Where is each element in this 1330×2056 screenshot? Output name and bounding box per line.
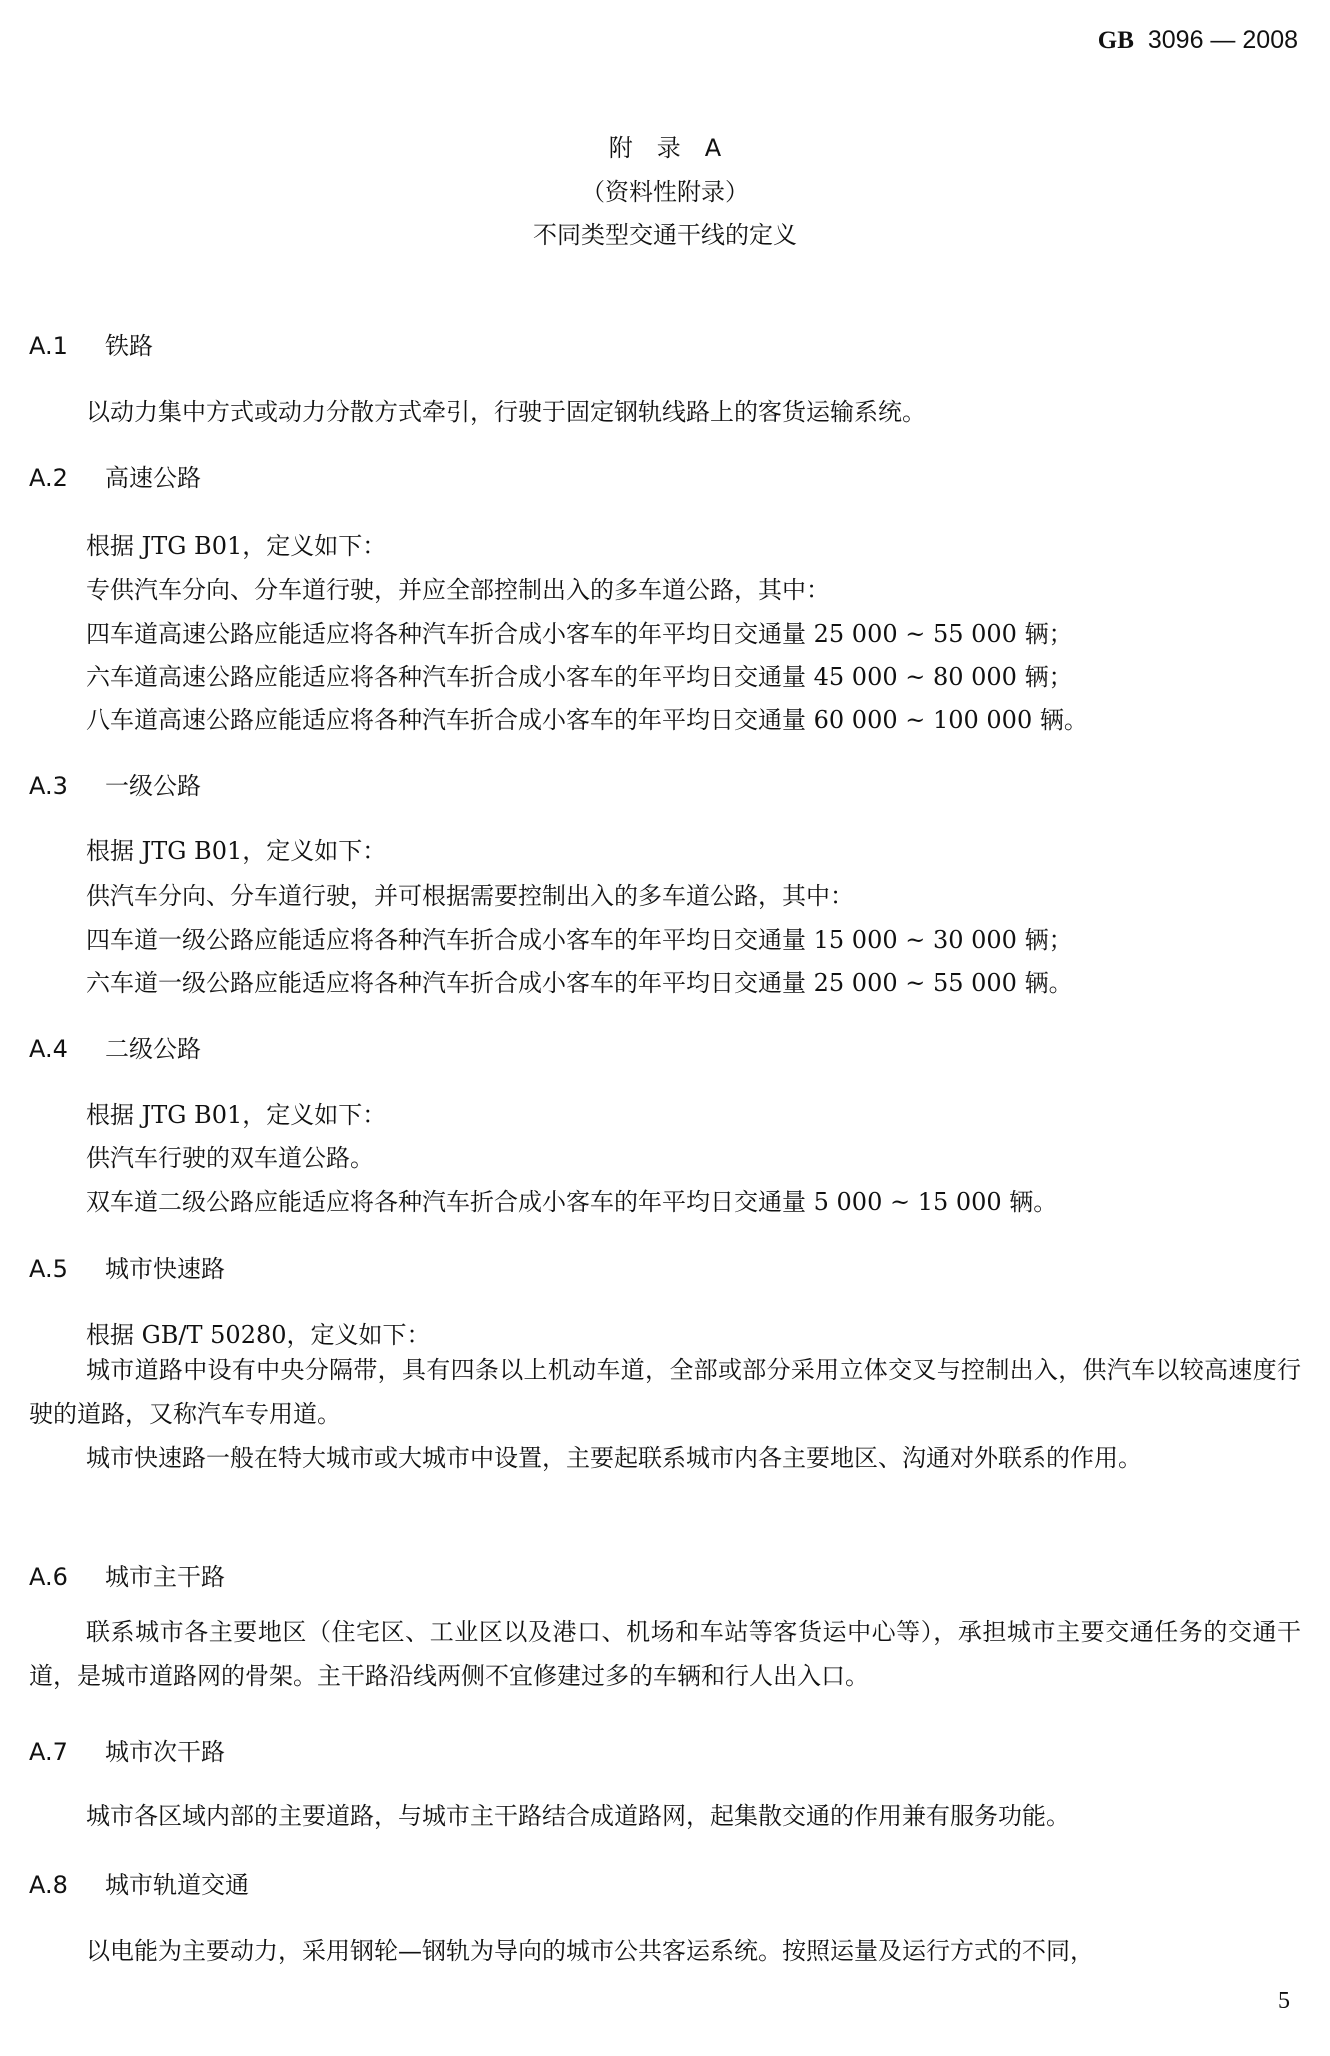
paragraph: 城市快速路一般在特大城市或大城市中设置，主要起联系城市内各主要地区、沟通对外联系…: [29, 1436, 1301, 1480]
paragraph: 以电能为主要动力，采用钢轮—钢轨为导向的城市公共客运系统。按照运量及运行方式的不…: [86, 1931, 1094, 1966]
standard-code: 3096 — 2008: [1148, 26, 1298, 54]
section-heading-a7: A.7城市次干路: [29, 1732, 225, 1767]
section-title: 铁路: [105, 332, 153, 360]
section-number: A.2: [29, 464, 105, 492]
paragraph: 联系城市各主要地区（住宅区、工业区以及港口、机场和车站等客货运中心等），承担城市…: [29, 1610, 1301, 1698]
section-title: 高速公路: [105, 464, 201, 492]
appendix-title: 附 录 A: [0, 128, 1330, 163]
standard-prefix: GB: [1098, 27, 1134, 54]
section-heading-a2: A.2高速公路: [29, 458, 201, 493]
paragraph: 六车道一级公路应能适应将各种汽车折合成小客车的年平均日交通量 25 000 ~ …: [86, 963, 1073, 998]
page-number: 5: [1278, 1988, 1290, 2015]
section-title: 城市次干路: [105, 1738, 225, 1766]
paragraph: 根据 GB/T 50280，定义如下：: [86, 1315, 431, 1350]
section-heading-a5: A.5城市快速路: [29, 1249, 225, 1284]
section-heading-a3: A.3一级公路: [29, 766, 201, 801]
paragraph: 四车道一级公路应能适应将各种汽车折合成小客车的年平均日交通量 15 000 ~ …: [86, 920, 1073, 955]
section-heading-a8: A.8城市轨道交通: [29, 1865, 249, 1900]
appendix-heading: 不同类型交通干线的定义: [0, 215, 1330, 250]
section-title: 城市主干路: [105, 1563, 225, 1591]
section-number: A.6: [29, 1563, 105, 1591]
appendix-subtitle: （资料性附录）: [0, 172, 1330, 207]
paragraph: 根据 JTG B01，定义如下：: [86, 526, 386, 561]
section-number: A.4: [29, 1035, 105, 1063]
paragraph: 根据 JTG B01，定义如下：: [86, 831, 386, 866]
section-title: 一级公路: [105, 772, 201, 800]
paragraph: 八车道高速公路应能适应将各种汽车折合成小客车的年平均日交通量 60 000 ~ …: [86, 700, 1088, 735]
section-number: A.5: [29, 1255, 105, 1283]
section-number: A.3: [29, 772, 105, 800]
paragraph: 供汽车行驶的双车道公路。: [86, 1138, 374, 1173]
paragraph: 城市道路中设有中央分隔带，具有四条以上机动车道，全部或部分采用立体交叉与控制出入…: [29, 1348, 1301, 1436]
paragraph: 双车道二级公路应能适应将各种汽车折合成小客车的年平均日交通量 5 000 ~ 1…: [86, 1182, 1057, 1217]
paragraph: 专供汽车分向、分车道行驶，并应全部控制出入的多车道公路，其中：: [86, 570, 830, 605]
paragraph: 四车道高速公路应能适应将各种汽车折合成小客车的年平均日交通量 25 000 ~ …: [86, 614, 1073, 649]
paragraph: 以动力集中方式或动力分散方式牵引，行驶于固定钢轨线路上的客货运输系统。: [86, 392, 926, 427]
section-title: 二级公路: [105, 1035, 201, 1063]
section-number: A.1: [29, 332, 105, 360]
section-number: A.7: [29, 1738, 105, 1766]
paragraph: 供汽车分向、分车道行驶，并可根据需要控制出入的多车道公路，其中：: [86, 876, 854, 911]
paragraph: 城市各区域内部的主要道路，与城市主干路结合成道路网，起集散交通的作用兼有服务功能…: [86, 1796, 1070, 1831]
section-heading-a4: A.4二级公路: [29, 1029, 201, 1064]
section-title: 城市快速路: [105, 1255, 225, 1283]
section-heading-a1: A.1铁路: [29, 326, 153, 361]
standard-number: GB3096 — 2008: [1098, 26, 1298, 55]
section-number: A.8: [29, 1871, 105, 1899]
paragraph: 根据 JTG B01，定义如下：: [86, 1095, 386, 1130]
section-title: 城市轨道交通: [105, 1871, 249, 1899]
section-heading-a6: A.6城市主干路: [29, 1557, 225, 1592]
paragraph: 六车道高速公路应能适应将各种汽车折合成小客车的年平均日交通量 45 000 ~ …: [86, 657, 1073, 692]
